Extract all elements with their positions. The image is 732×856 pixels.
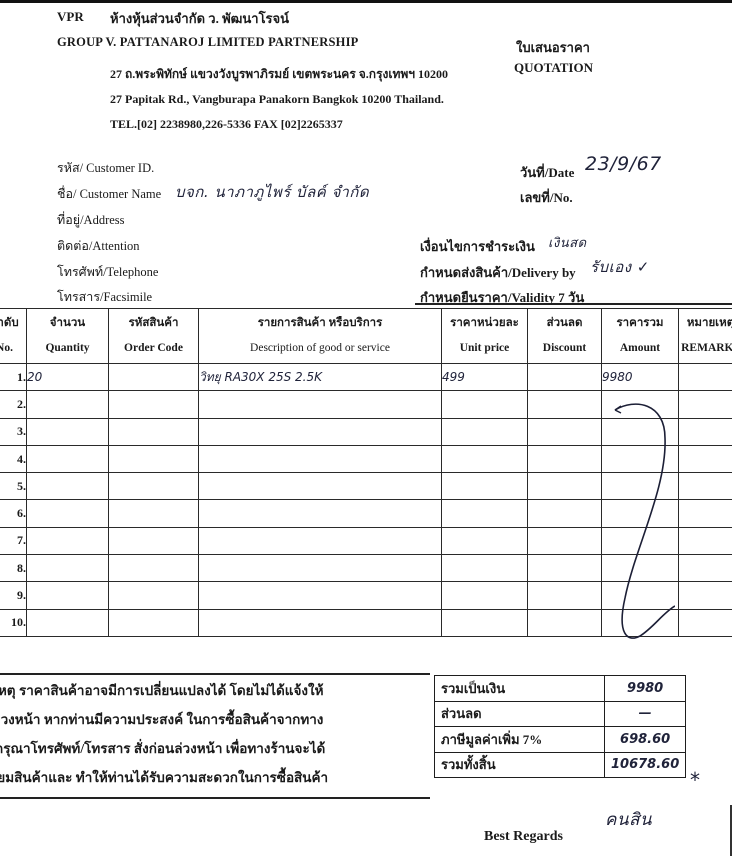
unit-price-cell [442, 555, 528, 582]
header-divider [415, 303, 732, 305]
unit-price-cell [442, 609, 528, 636]
unit-price-cell [442, 527, 528, 554]
document-title-en: QUOTATION [514, 60, 593, 76]
unit-price-cell [442, 473, 528, 500]
order-code-cell [109, 473, 199, 500]
discount-cell [528, 418, 602, 445]
discount-cell [528, 582, 602, 609]
quantity-cell [27, 473, 109, 500]
description-cell [199, 500, 442, 527]
row-number: 1. [0, 364, 27, 391]
company-name-th: ห้างหุ้นส่วนจำกัด ว. พัฒนาโรจน์ [110, 8, 289, 29]
address-label: ที่อยู่/Address [57, 210, 125, 230]
quantity-cell: 20 [27, 364, 109, 391]
vat-value: 698.60 [605, 727, 686, 753]
customer-id-label: รหัส/ Customer ID. [57, 158, 154, 178]
table-row: 1.20วิทยุ RA30X 25S 2.5K4999980 [0, 364, 732, 391]
date-label: วันที่/Date [520, 162, 574, 183]
table-header-row: ลำดับNo. จำนวนQuantity รหัสสินค้าOrder C… [0, 309, 732, 364]
col-header-discount: ส่วนลดDiscount [528, 309, 602, 364]
subtotal-value: 9980 [605, 676, 686, 702]
quantity-cell [27, 555, 109, 582]
company-address-en: 27 Papitak Rd., Vangburapa Panakorn Bang… [110, 92, 444, 107]
discount-cell [528, 500, 602, 527]
vat-label: ภาษีมูลค่าเพิ่ม 7% [435, 727, 605, 753]
col-header-description: รายการสินค้า หรือบริการDescription of go… [199, 309, 442, 364]
vat-row: ภาษีมูลค่าเพิ่ม 7% 698.60 [435, 727, 686, 753]
remarks-cell [679, 418, 732, 445]
unit-price-cell [442, 418, 528, 445]
discount-cell [528, 473, 602, 500]
customer-name-value: บจก. นาภาภูไพร์ บัลค์ จำกัด [175, 180, 369, 204]
company-address-th: 27 ถ.พระพิทักษ์ แขวงวังบูรพาภิรมย์ เขตพร… [110, 65, 448, 84]
quantity-cell [27, 527, 109, 554]
discount-cell [528, 555, 602, 582]
date-value: 23/9/67 [585, 153, 662, 175]
handwritten-note: คนสิน [605, 806, 652, 833]
col-header-quantity: จำนวนQuantity [27, 309, 109, 364]
order-code-cell [109, 364, 199, 391]
amount-cell: 9980 [602, 364, 679, 391]
discount-cell [528, 364, 602, 391]
discount-cell [528, 609, 602, 636]
remarks-cell [679, 527, 732, 554]
subtotal-row: รวมเป็นเงิน 9980 [435, 676, 686, 702]
unit-price-cell: 499 [442, 364, 528, 391]
grand-total-value: 10678.60 [605, 752, 686, 778]
unit-price-cell [442, 445, 528, 472]
document-title-th: ใบเสนอราคา [516, 37, 590, 58]
quantity-cell [27, 609, 109, 636]
remarks-cell [679, 582, 732, 609]
col-header-unit-price: ราคาหน่วยละUnit price [442, 309, 528, 364]
quantity-cell [27, 582, 109, 609]
col-header-amount: ราคารวมAmount [602, 309, 679, 364]
company-code: VPR [57, 9, 84, 25]
unit-price-cell [442, 391, 528, 418]
remarks-cell [679, 473, 732, 500]
unit-price-cell [442, 500, 528, 527]
description-cell [199, 527, 442, 554]
order-code-cell [109, 527, 199, 554]
description-cell [199, 391, 442, 418]
notes-top-rule [0, 673, 430, 675]
handwritten-strike-line [605, 398, 675, 648]
col-header-no: ลำดับNo. [0, 309, 27, 364]
asterisk-mark: * [690, 768, 701, 792]
delivery-label: กำหนดส่งสินค้า/Delivery by [420, 262, 576, 283]
grand-total-label: รวมทั้งสิ้น [435, 752, 605, 778]
customer-name-label: ชื่อ/ Customer Name [57, 184, 161, 204]
remarks-cell [679, 445, 732, 472]
discount-value: — [605, 701, 686, 727]
row-number: 2. [0, 391, 27, 418]
row-number: 4. [0, 445, 27, 472]
discount-cell [528, 527, 602, 554]
telephone-label: โทรศัพท์/Telephone [57, 262, 158, 282]
discount-row: ส่วนลด — [435, 701, 686, 727]
description-cell [199, 555, 442, 582]
order-code-cell [109, 445, 199, 472]
row-number: 8. [0, 555, 27, 582]
grand-total-row: รวมทั้งสิ้น 10678.60 [435, 752, 686, 778]
company-name-en: GROUP V. PATTANAROJ LIMITED PARTNERSHIP [57, 35, 359, 50]
order-code-cell [109, 418, 199, 445]
row-number: 5. [0, 473, 27, 500]
attention-label: ติดต่อ/Attention [57, 236, 140, 256]
discount-label: ส่วนลด [435, 701, 605, 727]
number-label: เลขที่/No. [520, 187, 573, 208]
closing-text: Best Regards [484, 829, 563, 845]
order-code-cell [109, 500, 199, 527]
payment-terms-label: เงื่อนไขการชำระเงิน [420, 236, 535, 257]
company-contact: TEL.[02] 2238980,226-5336 FAX [02]226533… [110, 117, 343, 132]
row-number: 10. [0, 609, 27, 636]
order-code-cell [109, 391, 199, 418]
note-line: ทราบล่วงหน้า หากท่านมีความประสงค์ ในการซ… [0, 708, 323, 730]
description-cell [199, 473, 442, 500]
row-number: 6. [0, 500, 27, 527]
description-cell [199, 418, 442, 445]
scan-top-edge [0, 0, 732, 3]
quantity-cell [27, 445, 109, 472]
col-header-order-code: รหัสสินค้าOrder Code [109, 309, 199, 364]
remarks-cell [679, 555, 732, 582]
order-code-cell [109, 555, 199, 582]
subtotal-label: รวมเป็นเงิน [435, 676, 605, 702]
note-line: จัดเตรียมสินค้าและ ทำให้ท่านได้รับความสะ… [0, 766, 328, 788]
note-line: หมายเหตุ ราคาสินค้าอาจมีการเปลี่ยนแปลงได… [0, 679, 324, 701]
row-number: 7. [0, 527, 27, 554]
remarks-cell [679, 500, 732, 527]
note-line: ร้านฯ กรุณาโทรศัพท์/โทรสาร สั่งก่อนล่วงห… [0, 737, 325, 759]
row-number: 3. [0, 418, 27, 445]
description-cell [199, 445, 442, 472]
order-code-cell [109, 582, 199, 609]
unit-price-cell [442, 582, 528, 609]
col-header-remarks: หมายเหตุREMARKS [679, 309, 732, 364]
remarks-cell [679, 391, 732, 418]
remarks-cell [679, 609, 732, 636]
discount-cell [528, 391, 602, 418]
description-cell: วิทยุ RA30X 25S 2.5K [199, 364, 442, 391]
order-code-cell [109, 609, 199, 636]
row-number: 9. [0, 582, 27, 609]
quantity-cell [27, 391, 109, 418]
description-cell [199, 609, 442, 636]
remarks-cell [679, 364, 732, 391]
notes-bottom-rule [0, 797, 430, 799]
payment-terms-value: เงินสด [548, 232, 587, 253]
totals-box: รวมเป็นเงิน 9980 ส่วนลด — ภาษีมูลค่าเพิ่… [434, 675, 686, 778]
facsimile-label: โทรสาร/Facsimile [57, 287, 152, 307]
discount-cell [528, 445, 602, 472]
description-cell [199, 582, 442, 609]
quantity-cell [27, 418, 109, 445]
delivery-value: รับเอง ✓ [590, 255, 650, 279]
quantity-cell [27, 500, 109, 527]
